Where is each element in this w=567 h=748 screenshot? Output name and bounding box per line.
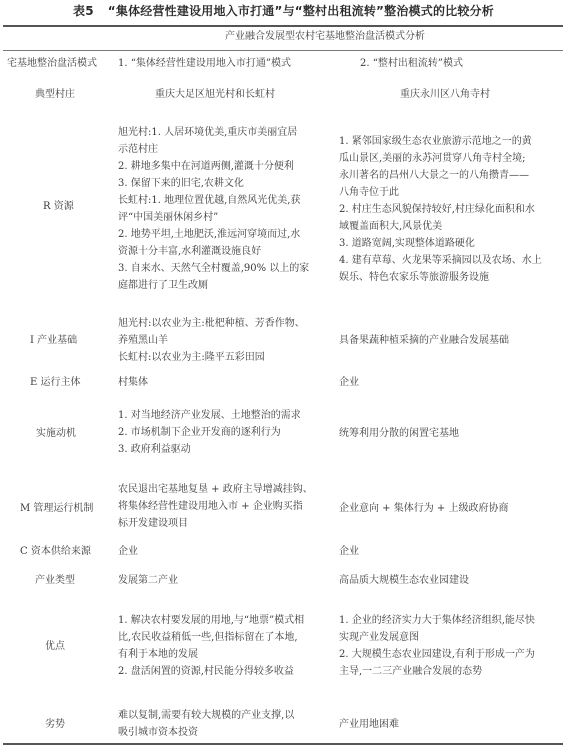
cell-col1: 1. 解决农村要发展的用地,与“地票”模式相 比,农民收益稍低一些,但指标留在了… [118,612,304,680]
cell-line: 3. 自来水、天然气全村覆盖,90% 以上的家 [118,260,309,277]
cell-line: 1. 对当地经济产业发展、土地整治的需求 [118,407,301,424]
row-label: 实施动机 [36,425,76,442]
top-rule [3,25,563,27]
cell-line: 吸引城市资本投资 [118,724,294,741]
row-label: 典型村庄 [35,86,75,103]
cell-line: 比,农民收益稍低一些,但指标留在了本地, [118,629,304,646]
row-label: M 管理运行机制 [20,500,93,517]
cell-col2: 企业意向 + 集体行为 + 上级政府协商 [339,500,508,517]
cell-line: 旭光村:1. 人居环境优美,重庆市美丽宜居 [118,124,309,141]
cell-line: 庭都进行了卫生改厕 [118,277,309,294]
table-number: 表5 [73,4,94,18]
cell-line: 3. 政府利益驱动 [118,441,301,458]
cell-col1: 发展第二产业 [118,572,178,589]
cell-line: 3. 道路宽阔,实现整体道路硬化 [339,235,542,252]
cell-line: 长虹村:以农业为主:隆平五彩田园 [118,349,305,366]
cell-line: 2. 市场机制下企业开发商的逐利行为 [118,424,301,441]
cell-col1: 村集体 [118,374,148,391]
cell-line: 实现产业发展意图 [339,629,535,646]
cell-line: 4. 建有草莓、火龙果等采摘园以及农场、水上 [339,252,542,269]
cell-line: 1. 紧邻国家级生态农业旅游示范地之一的黄 [339,133,542,150]
row-label: R 资源 [43,198,74,215]
row-label: 优点 [45,638,65,655]
cell-col1: 旭光村:以农业为主:枇杷种植、芳香作物、 养殖黑山羊 长虹村:以农业为主:隆平五… [118,315,305,366]
cell-line: 养殖黑山羊 [118,332,305,349]
cell-col2: 具备果蔬种植采摘的产业融合发展基础 [339,332,509,349]
cell-line: 2. 地势平坦,土地肥沃,淮远河穿境而过,水 [118,226,309,243]
cell-line: 娱乐、特色农家乐等旅游服务设施 [339,269,542,286]
cell-line: 2. 大规模生态农业园建设,有利于形成一产为 [339,646,535,663]
cell-line: 1. 解决农村要发展的用地,与“地票”模式相 [118,612,304,629]
header-rule [3,50,563,51]
cell-line: 2. 村庄生态风貌保持较好,村庄绿化面积和水 [339,201,542,218]
cell-col1: 重庆大足区旭光村和长虹村 [155,86,275,103]
cell-col2: 1. 紧邻国家级生态农业旅游示范地之一的黄 瓜山景区,美丽的永苏河贯穿八角寺村全… [339,133,542,286]
cell-col2: 高品质大规模生态农业园建设 [339,572,469,589]
cell-col2: 重庆永川区八角寺村 [400,86,490,103]
row-label: I 产业基础 [30,332,77,349]
cell-line: 长虹村:1. 地理位置优越,自然风光优美,获 [118,192,309,209]
cell-line: 将集体经营性建设用地入市 + 企业购买指 [118,498,313,515]
cell-col2: 产业用地困难 [339,716,399,733]
cell-col2: 1. 企业的经济实力大于集体经济组织,能尽快 实现产业发展意图 2. 大规模生态… [339,612,535,680]
cell-line: 资源十分丰富,水利灌溉设施良好 [118,243,309,260]
cell-line: 3. 保留下来的旧宅,农耕文化 [118,175,309,192]
cell-line: 八角寺位于此 [339,184,542,201]
column-header-1: 1. “集体经营性建设用地入市打通”模式 [118,55,291,72]
cell-col1: 旭光村:1. 人居环境优美,重庆市美丽宜居 示范村庄 2. 耕地多集中在河道两侧… [118,124,309,294]
cell-line: 有利于本地的发展 [118,646,304,663]
cell-line: 域覆盖面积大,风景优美 [339,218,542,235]
cell-col2: 企业 [339,543,359,560]
cell-col2: 企业 [339,374,359,391]
cell-col1: 农民退出宅基地复垦 + 政府主导增减挂钩、 将集体经营性建设用地入市 + 企业购… [118,481,313,532]
cell-line: 瓜山景区,美丽的永苏河贯穿八角寺村全境; [339,150,542,167]
cell-line: 2. 盘活闲置的资源,村民能分得较多收益 [118,663,304,680]
super-header: 产业融合发展型农村宅基地整治盘活模式分析 [225,28,425,45]
row-header-label: 宅基地整治盘活模式 [7,55,97,72]
row-label: 劣势 [45,716,65,733]
cell-line: 2. 耕地多集中在河道两侧,灌溉十分便利 [118,158,309,175]
cell-col1: 1. 对当地经济产业发展、土地整治的需求 2. 市场机制下企业开发商的逐利行为 … [118,407,301,458]
cell-line: 标开发建设项目 [118,515,313,532]
column-header-2: 2. “整村出租流转”模式 [360,55,463,72]
row-label: C 资本供给来源 [20,543,91,560]
cell-line: 难以复制,需要有较大规模的产业支撑,以 [118,707,294,724]
row-label: 产业类型 [35,572,75,589]
cell-col1: 企业 [118,543,138,560]
cell-line: 永川著名的昌州八大景之一的八角攒青—— [339,167,542,184]
table-title: 表5“集体经营性建设用地入市打通”与“整村出租流转”整治模式的比较分析 [0,2,567,19]
cell-line: 示范村庄 [118,141,309,158]
cell-line: 旭光村:以农业为主:枇杷种植、芳香作物、 [118,315,305,332]
cell-line: 农民退出宅基地复垦 + 政府主导增减挂钩、 [118,481,313,498]
table-title-text: “集体经营性建设用地入市打通”与“整村出租流转”整治模式的比较分析 [108,4,494,18]
bottom-rule [3,743,563,745]
cell-line: 评“中国美丽休闲乡村” [118,209,309,226]
cell-line: 1. 企业的经济实力大于集体经济组织,能尽快 [339,612,535,629]
row-label: E 运行主体 [30,374,80,391]
cell-col2: 统筹利用分散的闲置宅基地 [339,425,459,442]
cell-col1: 难以复制,需要有较大规模的产业支撑,以 吸引城市资本投资 [118,707,294,741]
cell-line: 主导,一二三产业融合发展的态势 [339,663,535,680]
